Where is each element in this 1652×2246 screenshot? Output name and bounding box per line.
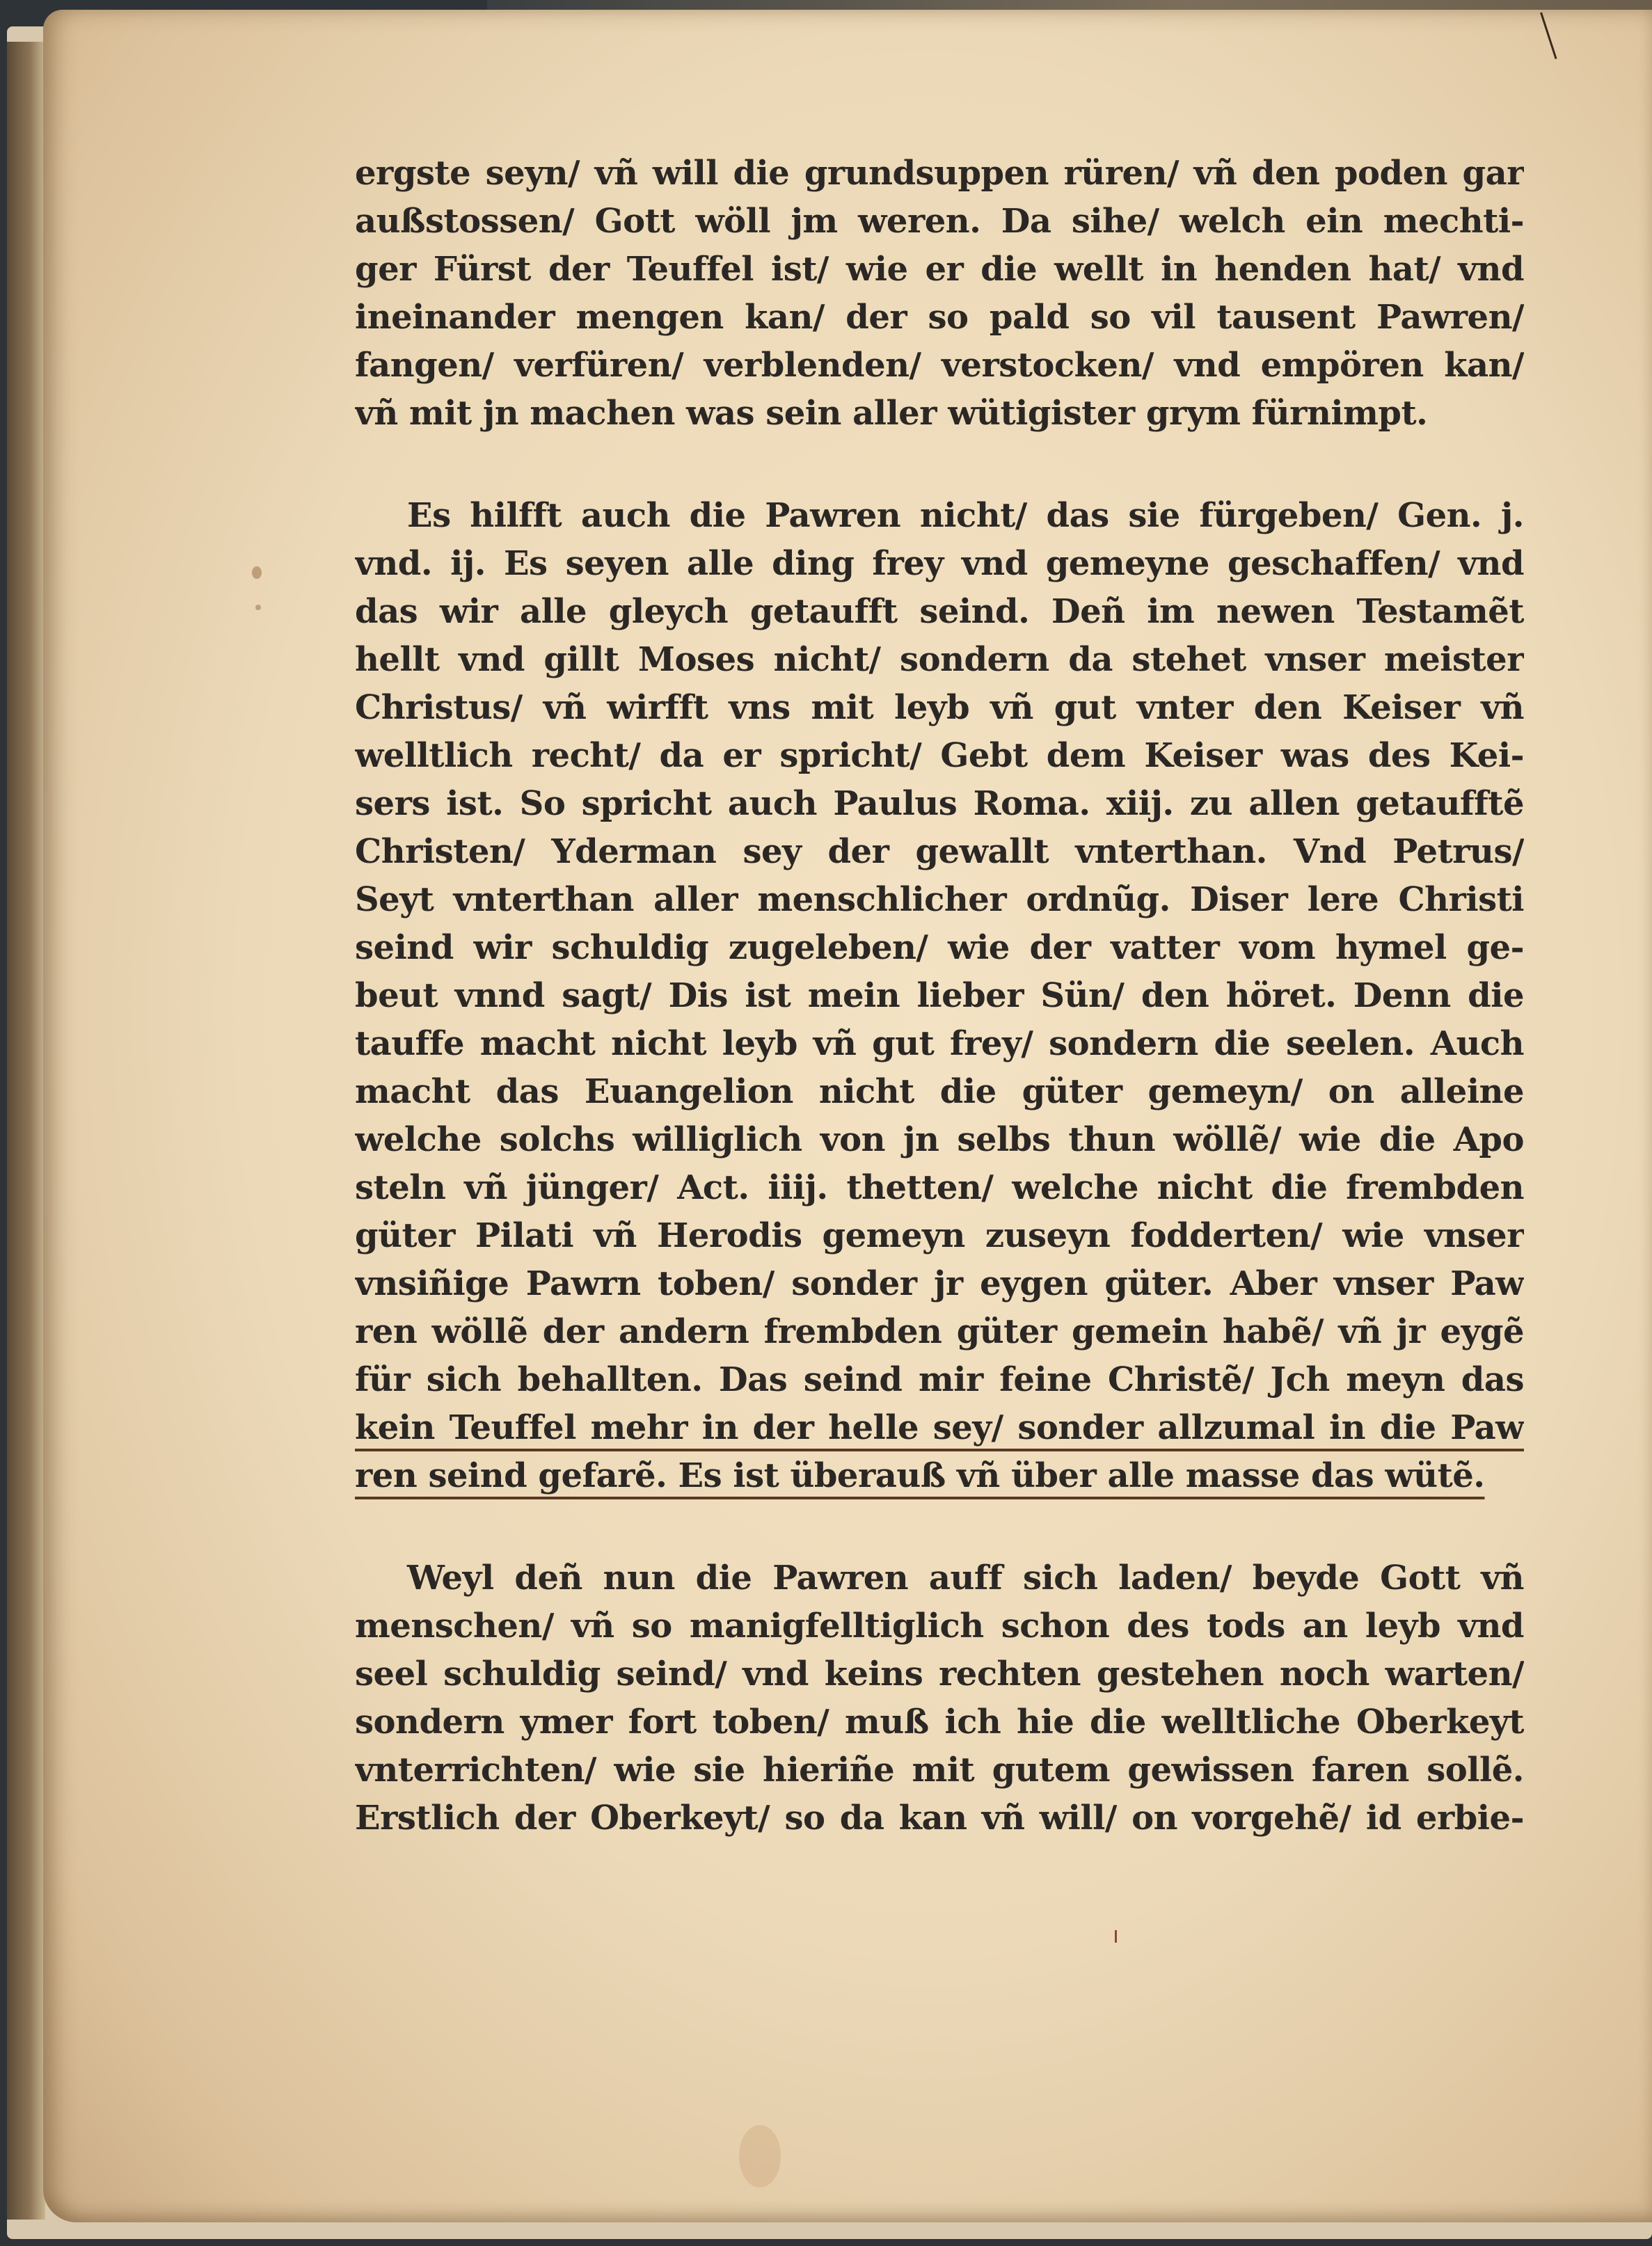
- text-line: seel schuldig seind/ vnd keins rechten g…: [355, 1650, 1524, 1698]
- body-text: ergste seyn/ vñ will die grundsuppen rür…: [355, 150, 1524, 1897]
- text-line: macht das Euangelion nicht die güter gem…: [355, 1068, 1524, 1116]
- text-line: Weyl deñ nun die Pawren auff sich laden/…: [355, 1554, 1524, 1602]
- paragraph-1: ergste seyn/ vñ will die grundsuppen rür…: [355, 150, 1524, 438]
- text-line: welltlich recht/ da er spricht/ Gebt dem…: [355, 732, 1524, 780]
- underlined-text-line: kein Teuffel mehr in der helle sey/ sond…: [355, 1404, 1524, 1452]
- text-line: beut vnnd sagt/ Dis ist mein lieber Sün/…: [355, 972, 1524, 1020]
- text-line: Es hilfft auch die Pawren nicht/ das sie…: [355, 492, 1524, 540]
- text-line: Erstlich der Oberkeyt/ so da kan vñ will…: [355, 1794, 1524, 1842]
- ink-stain: [252, 566, 262, 579]
- text-line: vñ mit jn machen was sein aller wütigist…: [355, 390, 1524, 438]
- text-line: menschen/ vñ so manigfelltiglich schon d…: [355, 1602, 1524, 1650]
- text-line: ger Fürst der Teuffel ist/ wie er die we…: [355, 246, 1524, 294]
- foxing-stain: [739, 2125, 781, 2188]
- text-line: güter Pilati vñ Herodis gemeyn zuseyn fo…: [355, 1212, 1524, 1260]
- text-line: sondern ymer fort toben/ muß ich hie die…: [355, 1698, 1524, 1746]
- text-line: tauffe macht nicht leyb vñ gut frey/ son…: [355, 1020, 1524, 1068]
- text-line: ren wöllẽ der andern frembden güter geme…: [355, 1308, 1524, 1356]
- text-line: vnterrichten/ wie sie hieriñe mit gutem …: [355, 1746, 1524, 1794]
- text-line: steln vñ jünger/ Act. iiij. thetten/ wel…: [355, 1164, 1524, 1212]
- text-line: außstossen/ Gott wöll jm weren. Da sihe/…: [355, 198, 1524, 246]
- text-line: für sich behallten. Das seind mir feine …: [355, 1356, 1524, 1404]
- text-line: fangen/ verfüren/ verblenden/ verstocken…: [355, 342, 1524, 390]
- underlined-text-line: ren seind gefarẽ. Es ist überauß vñ über…: [355, 1452, 1524, 1500]
- paragraph-3: Weyl deñ nun die Pawren auff sich laden/…: [355, 1554, 1524, 1842]
- paragraph-2: Es hilfft auch die Pawren nicht/ das sie…: [355, 492, 1524, 1500]
- binding-shadow: [7, 42, 45, 2220]
- text-line: welche solchs williglich von jn selbs th…: [355, 1116, 1524, 1164]
- text-line: seind wir schuldig zugeleben/ wie der va…: [355, 924, 1524, 972]
- ink-stain: [255, 605, 261, 610]
- text-line: ineinander mengen kan/ der so pald so vi…: [355, 294, 1524, 342]
- paper-fleck: [1115, 1930, 1117, 1943]
- text-line: Seyt vnterthan aller menschlicher ordnũg…: [355, 876, 1524, 924]
- text-line: Christus/ vñ wirfft vns mit leyb vñ gut …: [355, 684, 1524, 732]
- text-line: Christen/ Yderman sey der gewallt vntert…: [355, 828, 1524, 876]
- text-line: vnd. ij. Es seyen alle ding frey vnd gem…: [355, 540, 1524, 588]
- text-line: das wir alle gleych getaufft seind. Deñ …: [355, 588, 1524, 636]
- text-line: vnsiñige Pawrn toben/ sonder jr eygen gü…: [355, 1260, 1524, 1308]
- text-line: sers ist. So spricht auch Paulus Roma. x…: [355, 780, 1524, 828]
- text-line: ergste seyn/ vñ will die grundsuppen rür…: [355, 150, 1524, 198]
- text-line: hellt vnd gillt Moses nicht/ sondern da …: [355, 636, 1524, 684]
